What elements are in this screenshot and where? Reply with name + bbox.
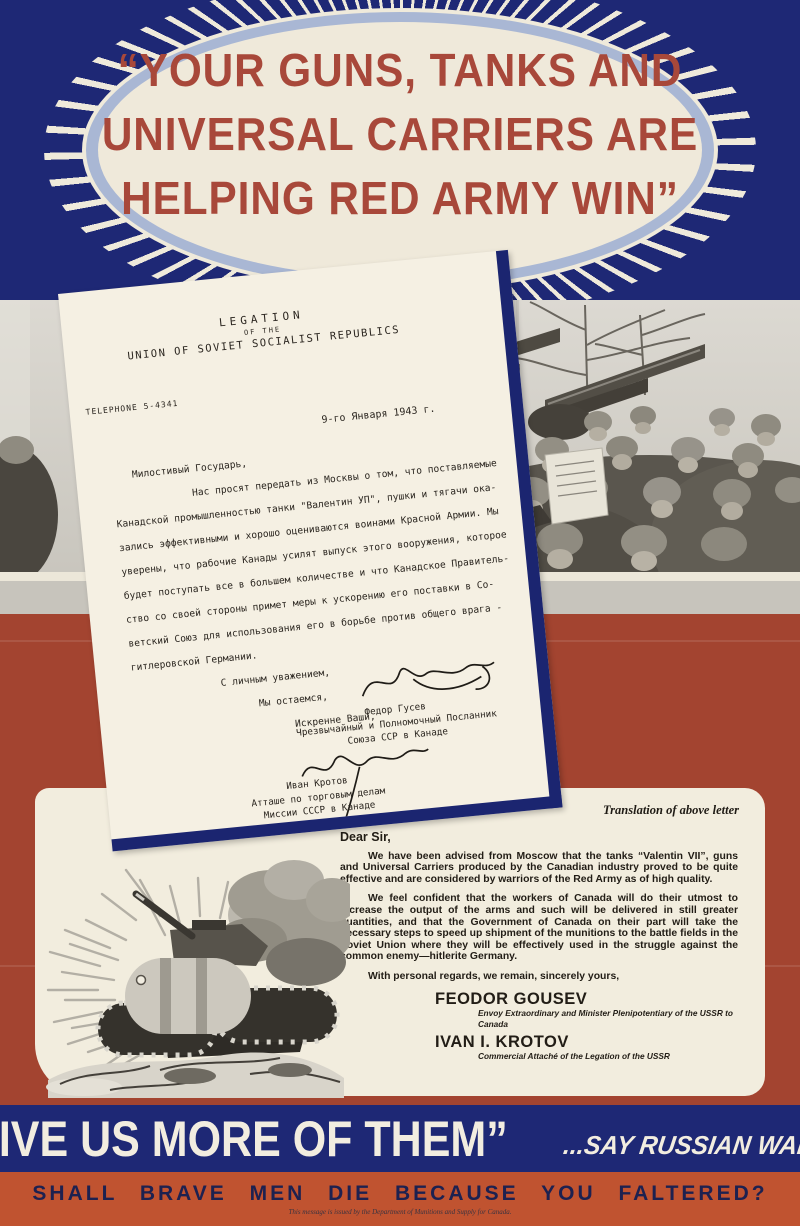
headline-line-3: HELPING RED ARMY WIN” — [32, 166, 768, 230]
translation-label: Translation of above letter — [603, 803, 739, 818]
translation-salutation: Dear Sir, — [340, 832, 738, 844]
translation-paragraph-1: We have been advised from Moscow that th… — [340, 851, 738, 886]
letter-telephone: TELEPHONE 5-4341 — [85, 399, 178, 417]
gousev-name: FEODOR GOUSEV — [435, 990, 738, 1008]
slogan-main: “GIVE US MORE OF THEM” — [0, 1110, 507, 1168]
headline-line-1: “YOUR GUNS, TANKS AND — [32, 38, 768, 102]
propaganda-poster: “YOUR GUNS, TANKS AND UNIVERSAL CARRIERS… — [0, 0, 800, 1226]
translation-text: Dear Sir, We have been advised from Mosc… — [340, 832, 738, 1062]
tank-illustration — [40, 840, 350, 1100]
slogan-band: “GIVE US MORE OF THEM” ...SAY RUSSIAN WA… — [0, 1105, 800, 1172]
footer-question: SHALL BRAVE MEN DIE BECAUSE YOU FALTERED… — [0, 1182, 800, 1206]
tank-art-svg — [40, 840, 350, 1100]
poster-headline: “YOUR GUNS, TANKS AND UNIVERSAL CARRIERS… — [32, 38, 768, 230]
krotov-title: Commercial Attaché of the Legation of th… — [478, 1051, 738, 1062]
headline-line-2: UNIVERSAL CARRIERS ARE — [32, 102, 768, 166]
slogan-suffix: ...SAY RUSSIAN WARRIORS — [562, 1130, 800, 1161]
gousev-title: Envoy Extraordinary and Minister Plenipo… — [478, 1008, 738, 1030]
footer-credit: This message is issued by the Department… — [0, 1208, 800, 1216]
translation-closing: With personal regards, we remain, sincer… — [340, 971, 738, 983]
letter-date: 9-го Января 1943 г. — [321, 404, 436, 426]
soviet-legation-letter: LEGATION OF THE UNION OF SOVIET SOCIALIS… — [58, 250, 562, 851]
translation-paragraph-2: We feel confident that the workers of Ca… — [340, 893, 738, 963]
letterhead: LEGATION OF THE UNION OF SOVIET SOCIALIS… — [90, 296, 436, 366]
footer-strip: SHALL BRAVE MEN DIE BECAUSE YOU FALTERED… — [0, 1172, 800, 1226]
top-banner: “YOUR GUNS, TANKS AND UNIVERSAL CARRIERS… — [0, 0, 800, 300]
krotov-name: IVAN I. KROTOV — [435, 1033, 738, 1051]
